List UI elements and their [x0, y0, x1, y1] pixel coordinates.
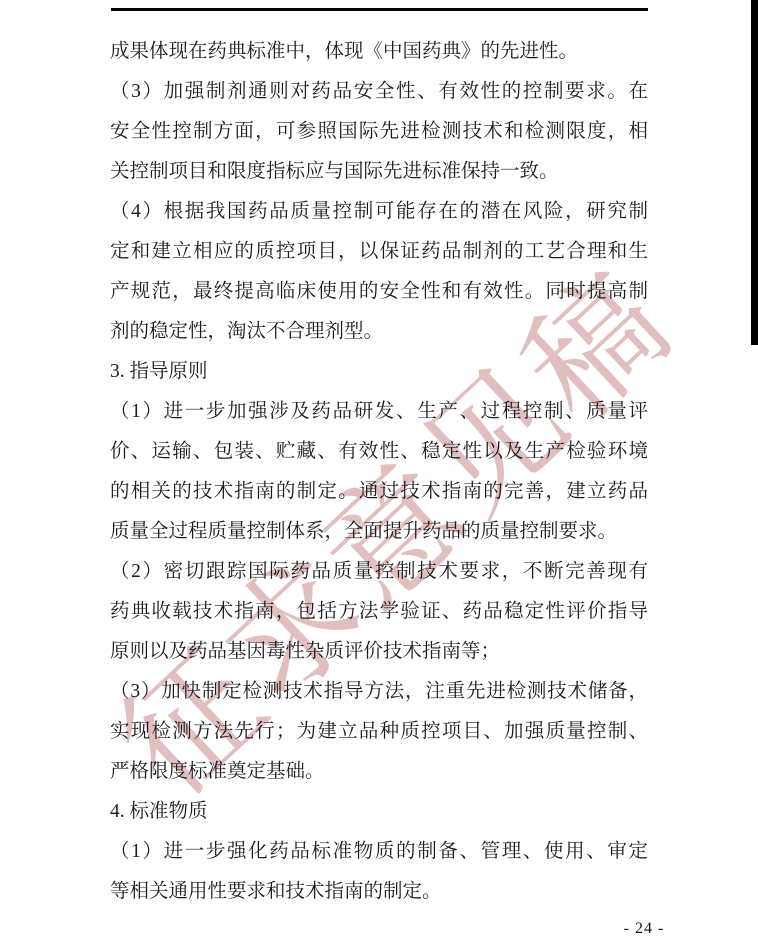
text-line: （1）进一步加强涉及药品研发、生产、过程控制、质量评	[110, 392, 648, 432]
document-body: 成果体现在药典标准中，体现《中国药典》的先进性。 （3）加强制剂通则对药品安全性…	[110, 32, 648, 912]
text-line: 定和建立相应的质控项目，以保证药品制剂的工艺合理和生	[110, 232, 648, 272]
text-line: 等相关通用性要求和技术指南的制定。	[110, 872, 648, 912]
text-line: 药典收载技术指南，包括方法学验证、药品稳定性评价指导	[110, 592, 648, 632]
text-line: 成果体现在药典标准中，体现《中国药典》的先进性。	[110, 32, 648, 72]
text-line: 质量全过程质量控制体系，全面提升药品的质量控制要求。	[110, 512, 648, 552]
text-line: （4）根据我国药品质量控制可能存在的潜在风险，研究制	[110, 192, 648, 232]
page-number: - 24 -	[614, 920, 674, 938]
text-line: 的相关的技术指南的制定。通过技术指南的完善，建立药品	[110, 472, 648, 512]
text-line: 严格限度标准奠定基础。	[110, 752, 648, 792]
text-line: （2）密切跟踪国际药品质量控制技术要求，不断完善现有	[110, 552, 648, 592]
right-edge-bar	[751, 0, 758, 345]
section-heading: 4. 标准物质	[110, 792, 648, 832]
text-line: 价、运输、包装、贮藏、有效性、稳定性以及生产检验环境	[110, 432, 648, 472]
text-line: 剂的稳定性，淘汰不合理剂型。	[110, 312, 648, 352]
header-rule	[111, 8, 648, 11]
text-line: 关控制项目和限度指标应与国际先进标准保持一致。	[110, 152, 648, 192]
text-line: （1）进一步强化药品标准物质的制备、管理、使用、审定	[110, 832, 648, 872]
text-line: 实现检测方法先行；为建立品种质控项目、加强质量控制、	[110, 712, 648, 752]
section-heading: 3. 指导原则	[110, 352, 648, 392]
text-line: （3）加快制定检测技术指导方法，注重先进检测技术储备，	[110, 672, 648, 712]
text-line: 产规范，最终提高临床使用的安全性和有效性。同时提高制	[110, 272, 648, 312]
document-page: 征求意见稿 成果体现在药典标准中，体现《中国药典》的先进性。 （3）加强制剂通则…	[0, 0, 758, 950]
text-line: （3）加强制剂通则对药品安全性、有效性的控制要求。在	[110, 72, 648, 112]
text-line: 原则以及药品基因毒性杂质评价技术指南等；	[110, 632, 648, 672]
text-line: 安全性控制方面，可参照国际先进检测技术和检测限度，相	[110, 112, 648, 152]
